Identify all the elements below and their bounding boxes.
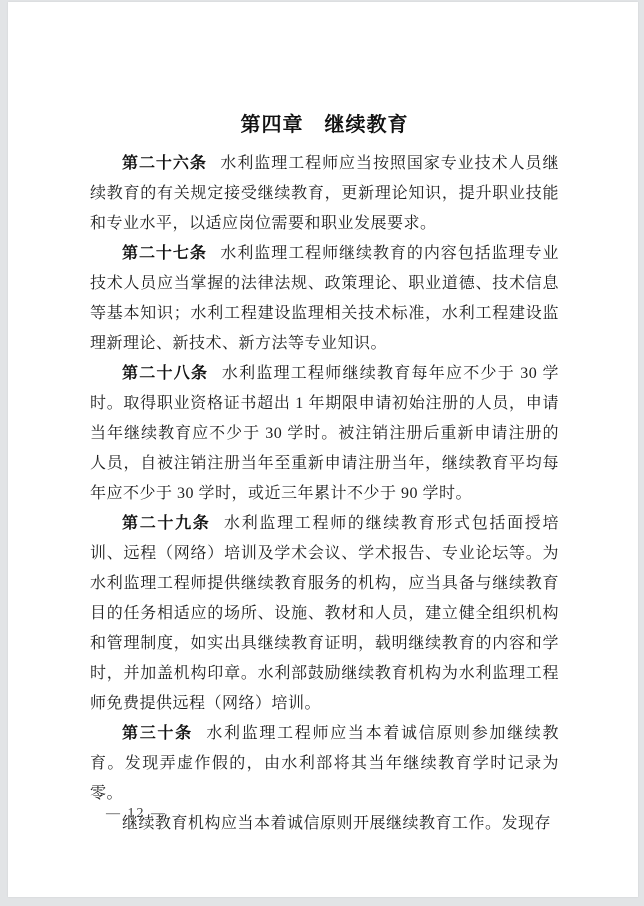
article-paragraph: 第二十七条水利监理工程师继续教育的内容包括监理专业技术人员应当掌握的法律法规、政… <box>90 239 559 359</box>
article-body: 水利监理工程师的继续教育形式包括面授培训、远程（网络）培训及学术会议、学术报告、… <box>90 515 559 712</box>
article-body: 继续教育机构应当本着诚信原则开展继续教育工作。发现存 <box>122 815 551 832</box>
article-paragraph: 第二十九条水利监理工程师的继续教育形式包括面授培训、远程（网络）培训及学术会议、… <box>90 509 559 719</box>
page-number: — 12 — <box>106 804 167 824</box>
article-heading: 第二十七条 <box>122 245 207 262</box>
article-paragraph: 第二十八条水利监理工程师继续教育每年应不少于 30 学时。取得职业资格证书超出 … <box>90 359 559 509</box>
article-paragraph: 第二十六条水利监理工程师应当按照国家专业技术人员继续教育的有关规定接受继续教育，… <box>90 149 559 239</box>
article-body: 水利监理工程师继续教育每年应不少于 30 学时。取得职业资格证书超出 1 年期限… <box>90 365 559 502</box>
chapter-title: 第四章 继续教育 <box>90 110 559 140</box>
article-paragraph: 第三十条水利监理工程师应当本着诚信原则参加继续教育。发现弄虚作假的，由水利部将其… <box>90 719 559 809</box>
page-content: 第四章 继续教育 第二十六条水利监理工程师应当按照国家专业技术人员继续教育的有关… <box>90 110 559 839</box>
document-page: 第四章 继续教育 第二十六条水利监理工程师应当按照国家专业技术人员继续教育的有关… <box>8 2 638 897</box>
article-heading: 第二十八条 <box>122 365 208 382</box>
article-heading: 第二十九条 <box>122 515 210 532</box>
article-heading: 第三十条 <box>122 725 193 742</box>
article-heading: 第二十六条 <box>122 155 207 172</box>
